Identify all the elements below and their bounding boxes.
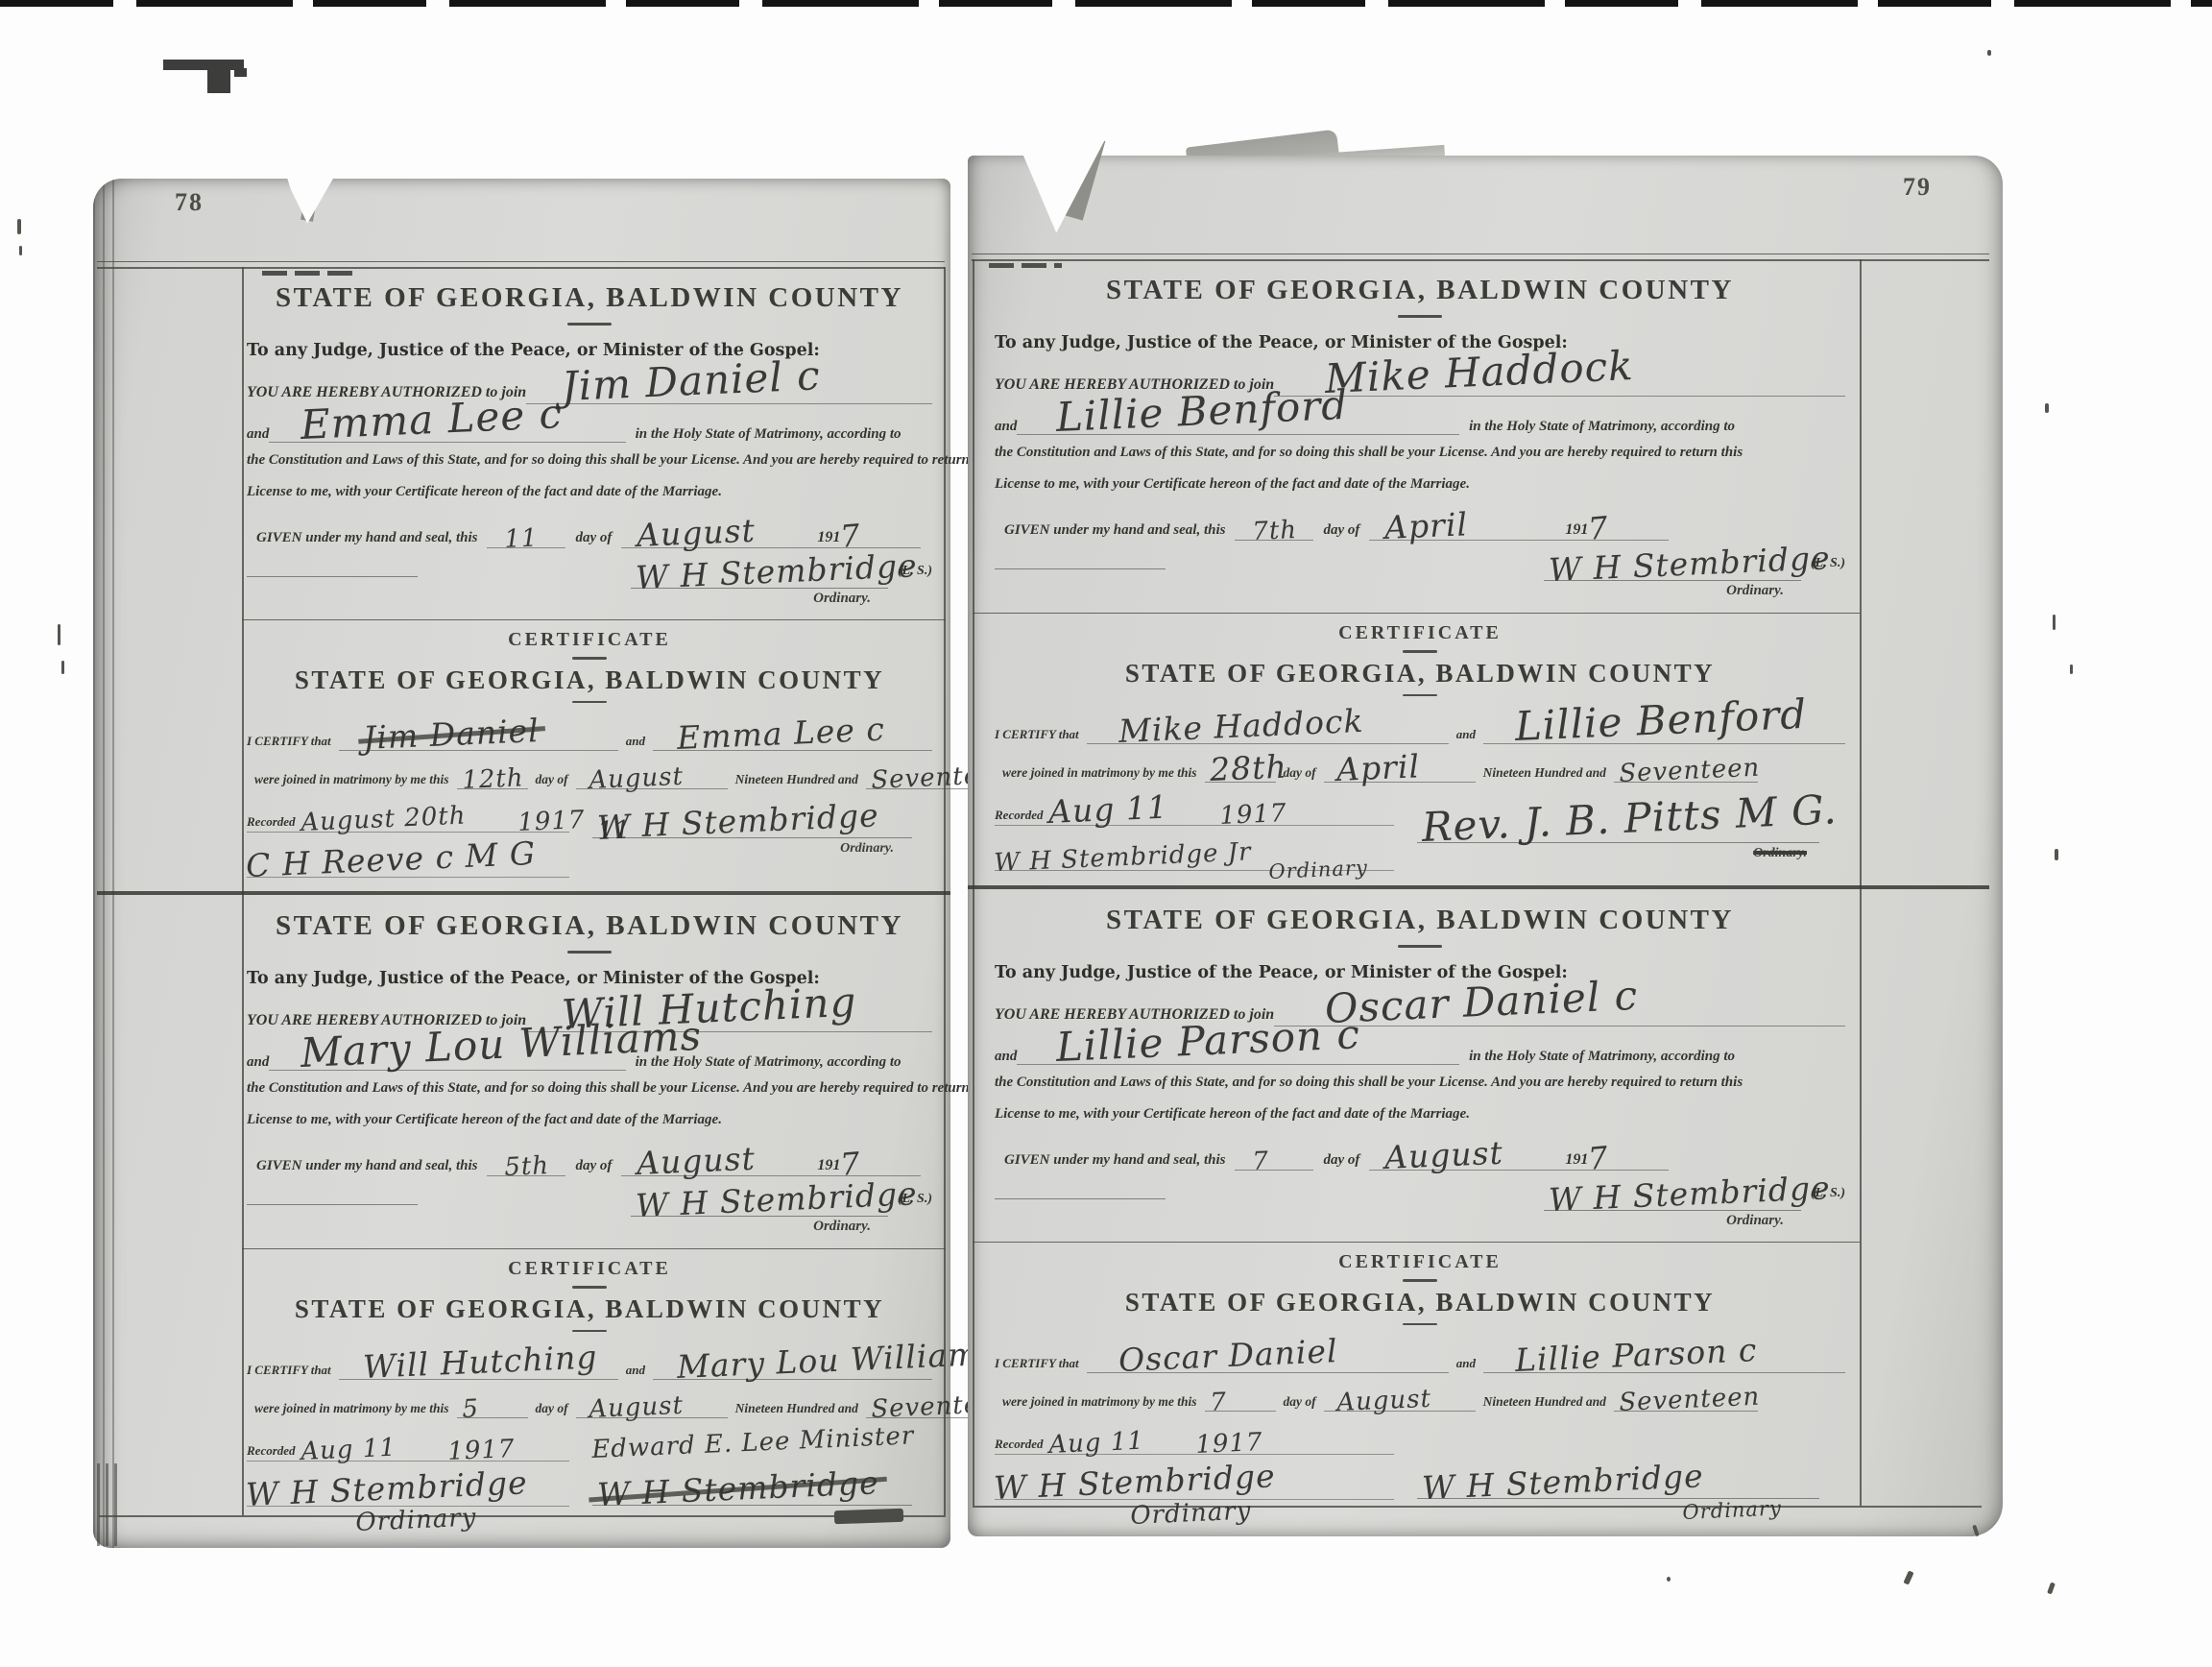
month-handwritten: April bbox=[1384, 505, 1469, 546]
blank-signature-line bbox=[247, 574, 418, 577]
ordinary-label: Ordinary. bbox=[247, 1219, 932, 1235]
rule-line bbox=[973, 259, 974, 1506]
and-label: and bbox=[1456, 727, 1476, 742]
day-handwritten: 7 bbox=[1251, 1147, 1269, 1176]
salutation-line: To any Judge, Justice of the Peace, or M… bbox=[995, 963, 1845, 982]
book-page-right: STATE OF GEORGIA, BALDWIN COUNTY To any … bbox=[968, 156, 2003, 1536]
marriage-certificate-form: CERTIFICATE STATE OF GEORGIA, BALDWIN CO… bbox=[995, 613, 1845, 885]
margin-speck bbox=[1987, 50, 1991, 56]
certificate-title: CERTIFICATE bbox=[995, 622, 1845, 644]
day-field: 5 bbox=[457, 1417, 528, 1418]
bride-name-field: Lillie Parson c bbox=[1017, 1064, 1459, 1065]
joined-label: were joined in matrimony by me this bbox=[254, 1401, 449, 1416]
ordinary-signature-handwritten: W H Stembridge bbox=[1422, 1457, 1705, 1507]
ordinary-signature-handwritten: W H Stembridge bbox=[1548, 1169, 1831, 1219]
marriage-certificate-form: CERTIFICATE STATE OF GEORGIA, BALDWIN CO… bbox=[995, 1242, 1845, 1504]
recorded-date-handwritten: Aug 11 bbox=[1047, 1427, 1144, 1460]
license-body-line1: the Constitution and Laws of this State,… bbox=[247, 1080, 932, 1097]
nineteen-label: Nineteen Hundred and bbox=[1483, 765, 1606, 781]
year-prefix: 191 bbox=[817, 1157, 840, 1174]
and-label: and bbox=[995, 1049, 1017, 1065]
ornament-divider bbox=[567, 951, 612, 954]
margin-speck bbox=[2055, 849, 2058, 860]
day-handwritten: 12th bbox=[462, 763, 525, 795]
nineteen-label: Nineteen Hundred and bbox=[735, 772, 858, 787]
joined-label: were joined in matrimony by me this bbox=[1002, 1394, 1197, 1410]
scanned-record-book: STATE OF GEORGIA, BALDWIN COUNTY To any … bbox=[0, 0, 2212, 1667]
day-field: 7 bbox=[1235, 1170, 1313, 1171]
rule-line bbox=[972, 254, 1989, 254]
year-prefix: 191 bbox=[817, 529, 840, 546]
ordinary-signature-line: W H Stembridge bbox=[631, 1177, 888, 1217]
margin-speck bbox=[19, 246, 22, 255]
bride-name-field: Lillie Benford bbox=[1017, 434, 1459, 435]
ordinary-signature-row: W H Stembridge bbox=[995, 1455, 1394, 1500]
margin-speck bbox=[17, 219, 21, 234]
license-body-line2: License to me, with your Certificate her… bbox=[247, 1112, 932, 1128]
day-handwritten: 7th bbox=[1251, 516, 1297, 546]
officiant-handwritten: C H Reeve c M G bbox=[245, 834, 537, 884]
day-of-label: day of bbox=[1323, 522, 1359, 539]
form-header: STATE OF GEORGIA, BALDWIN COUNTY bbox=[995, 275, 1845, 306]
form-header: STATE OF GEORGIA, BALDWIN COUNTY bbox=[247, 282, 932, 314]
groom-name-field: Jim Daniel bbox=[339, 750, 618, 751]
recorded-label: Recorded bbox=[247, 1443, 296, 1459]
and-label: and bbox=[247, 1054, 269, 1071]
license-body-line1: the Constitution and Laws of this State,… bbox=[247, 452, 932, 469]
recorded-year-handwritten: 1917 bbox=[517, 806, 585, 837]
ordinary-signature-line: W H Stembridge bbox=[1544, 542, 1801, 581]
certify-label: I CERTIFY that bbox=[995, 727, 1079, 742]
ornament-divider bbox=[572, 1286, 607, 1289]
year-field: Seventeen bbox=[1614, 782, 1758, 783]
groom-name-field: Mike Haddock bbox=[1087, 743, 1449, 744]
recorded-label: Recorded bbox=[995, 1437, 1044, 1452]
recorded-label: Recorded bbox=[247, 814, 296, 830]
ink-mark bbox=[207, 68, 230, 93]
marriage-certificate-form: CERTIFICATE STATE OF GEORGIA, BALDWIN CO… bbox=[247, 619, 932, 891]
groom-name-field: Will Hutching bbox=[339, 1379, 618, 1380]
recorded-year-handwritten: 1917 bbox=[1195, 1428, 1263, 1460]
license-body-line2: License to me, with your Certificate her… bbox=[247, 484, 932, 500]
recorded-year-handwritten: 1917 bbox=[1219, 799, 1287, 831]
month-field: August bbox=[576, 788, 728, 789]
ornament-divider bbox=[1403, 694, 1437, 697]
book-page-left: STATE OF GEORGIA, BALDWIN COUNTY To any … bbox=[93, 179, 950, 1548]
recorded-label: Recorded bbox=[995, 808, 1044, 823]
license-body-line1: the Constitution and Laws of this State,… bbox=[995, 445, 1845, 461]
marriage-license-form: STATE OF GEORGIA, BALDWIN COUNTY To any … bbox=[247, 269, 932, 619]
bride-name-handwritten: Lillie Benford bbox=[1514, 690, 1808, 750]
bride-name-field: Lillie Benford bbox=[1483, 743, 1845, 744]
license-body-line2: License to me, with your Certificate her… bbox=[995, 476, 1845, 493]
ordinary-signature-line: W H Stembridge bbox=[631, 549, 888, 589]
given-label: GIVEN under my hand and seal, this bbox=[1004, 1152, 1225, 1169]
blank-signature-line bbox=[247, 1202, 418, 1205]
license-body-line2: License to me, with your Certificate her… bbox=[995, 1106, 1845, 1123]
and-label: and bbox=[1456, 1356, 1476, 1371]
marriage-certificate-form: CERTIFICATE STATE OF GEORGIA, BALDWIN CO… bbox=[247, 1248, 932, 1513]
month-field: August bbox=[621, 1175, 804, 1176]
day-field: 7th bbox=[1235, 540, 1313, 541]
ornament-divider bbox=[572, 701, 607, 704]
recorded-row: Recorded August 20th 1917 bbox=[247, 793, 569, 833]
ornament-divider bbox=[1403, 1323, 1437, 1326]
certify-label: I CERTIFY that bbox=[995, 1356, 1079, 1371]
form-header: STATE OF GEORGIA, BALDWIN COUNTY bbox=[995, 659, 1845, 689]
day-of-label: day of bbox=[536, 1401, 568, 1416]
year-field: 191 7 bbox=[804, 519, 921, 548]
month-field: April bbox=[1369, 540, 1551, 541]
and-label: and bbox=[247, 426, 269, 443]
nineteen-label: Nineteen Hundred and bbox=[735, 1401, 858, 1416]
bride-name-field: Emma Lee c bbox=[653, 750, 932, 751]
margin-speck bbox=[2070, 664, 2073, 674]
year-prefix: 191 bbox=[1565, 521, 1588, 539]
struck-signature-line: W H Stembridge bbox=[592, 1461, 912, 1506]
matrimony-label: in the Holy State of Matrimony, accordin… bbox=[636, 426, 902, 443]
ordinary-signature-line: W H Stembridge bbox=[1417, 1454, 1819, 1499]
ordinary-label: Ordinary. bbox=[247, 591, 932, 607]
form-header: STATE OF GEORGIA, BALDWIN COUNTY bbox=[247, 1294, 932, 1324]
day-field: 7 bbox=[1205, 1411, 1276, 1412]
given-label: GIVEN under my hand and seal, this bbox=[256, 530, 477, 546]
ordinary-handwritten: Ordinary bbox=[355, 1504, 477, 1537]
month-handwritten: August bbox=[1384, 1134, 1504, 1176]
and-label: and bbox=[995, 419, 1017, 435]
ink-mark bbox=[163, 60, 244, 70]
ink-blot bbox=[834, 1509, 903, 1525]
month-field: August bbox=[1369, 1170, 1551, 1171]
day-handwritten: 5th bbox=[503, 1151, 549, 1182]
month-field: August bbox=[621, 547, 804, 548]
ordinary-label: Ordinary. bbox=[995, 1213, 1845, 1229]
bride-name-field: Mary Lou Williams bbox=[269, 1070, 625, 1071]
marriage-license-form: STATE OF GEORGIA, BALDWIN COUNTY To any … bbox=[995, 261, 1845, 613]
form-header: STATE OF GEORGIA, BALDWIN COUNTY bbox=[995, 905, 1845, 936]
ordinary-signature-row: W H Stembridge bbox=[247, 1462, 569, 1507]
certify-label: I CERTIFY that bbox=[247, 1363, 331, 1378]
marriage-license-form: STATE OF GEORGIA, BALDWIN COUNTY To any … bbox=[247, 897, 932, 1248]
page-number-right: 79 bbox=[1903, 173, 1932, 202]
form-header: STATE OF GEORGIA, BALDWIN COUNTY bbox=[995, 1288, 1845, 1317]
ordinary-label-struck: Ordinary. bbox=[1417, 846, 1845, 861]
ornament-divider bbox=[1398, 945, 1442, 948]
groom-name-handwritten: Jim Daniel c bbox=[561, 351, 822, 410]
bride-name-field: Emma Lee c bbox=[269, 442, 625, 443]
ordinary-signature-handwritten: W H Stembridge bbox=[1548, 539, 1831, 589]
recorded-date-handwritten: Aug 11 bbox=[1047, 788, 1168, 831]
recorded-date-handwritten: Aug 11 bbox=[300, 1434, 397, 1466]
month-handwritten: August bbox=[637, 512, 757, 554]
margin-speck bbox=[1903, 1570, 1913, 1584]
certificate-title: CERTIFICATE bbox=[995, 1251, 1845, 1273]
bride-name-field: Lillie Parson c bbox=[1483, 1372, 1845, 1373]
month-handwritten: April bbox=[1335, 747, 1420, 788]
day-field: 12th bbox=[457, 788, 528, 789]
bride-name-handwritten: Lillie Parson c bbox=[1514, 1331, 1758, 1379]
ornament-divider bbox=[567, 323, 612, 326]
given-label: GIVEN under my hand and seal, this bbox=[256, 1158, 477, 1174]
ordinary-signature-row: W H Stembridge Jr Ordinary bbox=[995, 826, 1394, 871]
year-word-handwritten: Seventeen bbox=[1619, 754, 1761, 788]
day-of-label: day of bbox=[536, 772, 568, 787]
day-field: 28th bbox=[1205, 782, 1276, 783]
year-prefix: 191 bbox=[1565, 1151, 1588, 1169]
given-label: GIVEN under my hand and seal, this bbox=[1004, 522, 1225, 539]
day-field: 11 bbox=[487, 547, 565, 548]
bride-name-handwritten: Emma Lee c bbox=[300, 390, 564, 448]
recorded-row: Recorded Aug 11 1917 bbox=[995, 1415, 1394, 1455]
marriage-license-form: STATE OF GEORGIA, BALDWIN COUNTY To any … bbox=[995, 891, 1845, 1242]
recorded-row: Recorded Aug 11 1917 bbox=[247, 1422, 569, 1462]
page-stack-edges bbox=[97, 1463, 122, 1546]
day-of-label: day of bbox=[575, 1158, 612, 1174]
officiant-handwritten: Edward E. Lee Minister bbox=[590, 1421, 914, 1464]
page-number-left: 78 bbox=[175, 188, 204, 217]
day-of-label: day of bbox=[1284, 1394, 1316, 1410]
margin-speck bbox=[2053, 615, 2056, 630]
certificate-title: CERTIFICATE bbox=[247, 1258, 932, 1280]
certify-label: I CERTIFY that bbox=[247, 734, 331, 749]
day-handwritten: 7 bbox=[1210, 1388, 1228, 1417]
month-handwritten: August bbox=[589, 762, 685, 795]
day-field: 5th bbox=[487, 1175, 565, 1176]
day-handwritten: 5 bbox=[462, 1394, 480, 1424]
blank-signature-line bbox=[995, 567, 1166, 569]
margin-speck bbox=[58, 624, 60, 645]
bride-name-field: Mary Lou Williams bbox=[653, 1379, 932, 1380]
form-header: STATE OF GEORGIA, BALDWIN COUNTY bbox=[247, 910, 932, 942]
year-field: 191 7 bbox=[804, 1147, 921, 1176]
ordinary-signature-line: W H Stembridge bbox=[1544, 1172, 1801, 1211]
officiant-row: C H Reeve c M G bbox=[247, 833, 569, 878]
certificate-title: CERTIFICATE bbox=[247, 629, 932, 651]
and-label: and bbox=[626, 734, 645, 749]
ordinary-signature-line: W H Stembridge 11 bbox=[592, 793, 912, 838]
groom-name-field: Mike Haddock bbox=[1274, 396, 1845, 397]
year-field: 191 7 bbox=[1551, 1141, 1669, 1171]
minister-signature-handwritten: Rev. J. B. Pitts M G. bbox=[1421, 785, 1839, 851]
joined-label: were joined in matrimony by me this bbox=[254, 772, 449, 787]
month-handwritten: August bbox=[1336, 1385, 1432, 1417]
ornament-divider bbox=[1403, 650, 1437, 653]
form-header: STATE OF GEORGIA, BALDWIN COUNTY bbox=[247, 665, 932, 695]
bride-name-handwritten: Mary Lou Williams bbox=[676, 1335, 997, 1386]
day-handwritten: 28th bbox=[1209, 748, 1287, 788]
day-handwritten: 11 bbox=[503, 523, 538, 554]
and-label: and bbox=[626, 1363, 645, 1378]
ornament-divider bbox=[1398, 315, 1442, 318]
year-field: Seventeen bbox=[1614, 1411, 1758, 1412]
groom-name-field: Jim Daniel c bbox=[526, 403, 932, 404]
groom-name-handwritten: Oscar Daniel bbox=[1118, 1332, 1338, 1379]
ordinary-handwritten: Ordinary bbox=[1682, 1497, 1782, 1524]
month-field: April bbox=[1324, 782, 1476, 783]
matrimony-label: in the Holy State of Matrimony, accordin… bbox=[1469, 1049, 1735, 1065]
minister-signature-line: Rev. J. B. Pitts M G. bbox=[1417, 786, 1819, 843]
ordinary-handwritten: Ordinary bbox=[1268, 857, 1368, 883]
recorded-row: Recorded Aug 11 1917 bbox=[995, 786, 1394, 826]
rule-line bbox=[1860, 259, 1862, 1506]
ordinary-signature-handwritten: W H Stembridge bbox=[635, 1174, 918, 1224]
month-handwritten: August bbox=[637, 1140, 757, 1182]
month-field: August bbox=[576, 1417, 728, 1418]
month-handwritten: August bbox=[589, 1391, 685, 1424]
ordinary-signature-handwritten: W H Stembridge bbox=[245, 1463, 528, 1513]
year-field: 191 7 bbox=[1551, 511, 1669, 541]
ornament-divider bbox=[572, 657, 607, 660]
joined-label: were joined in matrimony by me this bbox=[1002, 765, 1197, 781]
nineteen-label: Nineteen Hundred and bbox=[1483, 1394, 1606, 1410]
margin-speck bbox=[2045, 403, 2049, 413]
rule-line bbox=[97, 261, 945, 262]
groom-name-field: Oscar Daniel bbox=[1087, 1372, 1449, 1373]
ordinary-handwritten: Ordinary bbox=[1129, 1497, 1251, 1531]
ordinary-label: Ordinary. bbox=[995, 583, 1845, 599]
rule-line bbox=[97, 891, 950, 895]
rule-line bbox=[968, 885, 1989, 889]
groom-name-handwritten: Will Hutching bbox=[362, 1338, 598, 1386]
scanner-edge-bar bbox=[0, 0, 2212, 7]
license-body-line1: the Constitution and Laws of this State,… bbox=[995, 1075, 1845, 1091]
ink-mark bbox=[234, 68, 247, 77]
ornament-divider bbox=[1403, 1279, 1437, 1282]
groom-name-handwritten: Mike Haddock bbox=[1118, 702, 1364, 750]
salutation-line: To any Judge, Justice of the Peace, or M… bbox=[247, 341, 932, 360]
groom-name-handwritten: Jim Daniel bbox=[362, 712, 540, 757]
margin-speck bbox=[1667, 1577, 1671, 1582]
day-of-label: day of bbox=[575, 530, 612, 546]
blank-signature-line bbox=[995, 1196, 1166, 1199]
margin-speck bbox=[2047, 1582, 2056, 1595]
recorded-year-handwritten: 1917 bbox=[447, 1435, 516, 1466]
month-field: August bbox=[1324, 1411, 1476, 1412]
ornament-divider bbox=[572, 1330, 607, 1333]
struck-signature-handwritten: W H Stembridge bbox=[596, 1463, 879, 1513]
margin-speck bbox=[61, 661, 64, 674]
bride-name-handwritten: Emma Lee c bbox=[676, 711, 885, 757]
ordinary-signature-handwritten: W H Stembridge Jr bbox=[994, 837, 1252, 878]
day-of-label: day of bbox=[1323, 1152, 1359, 1169]
year-word-handwritten: Seventeen bbox=[1619, 1383, 1761, 1417]
ordinary-signature-handwritten: W H Stembridge bbox=[635, 546, 918, 596]
matrimony-label: in the Holy State of Matrimony, accordin… bbox=[1469, 419, 1735, 435]
salutation-line: To any Judge, Justice of the Peace, or M… bbox=[995, 333, 1845, 352]
